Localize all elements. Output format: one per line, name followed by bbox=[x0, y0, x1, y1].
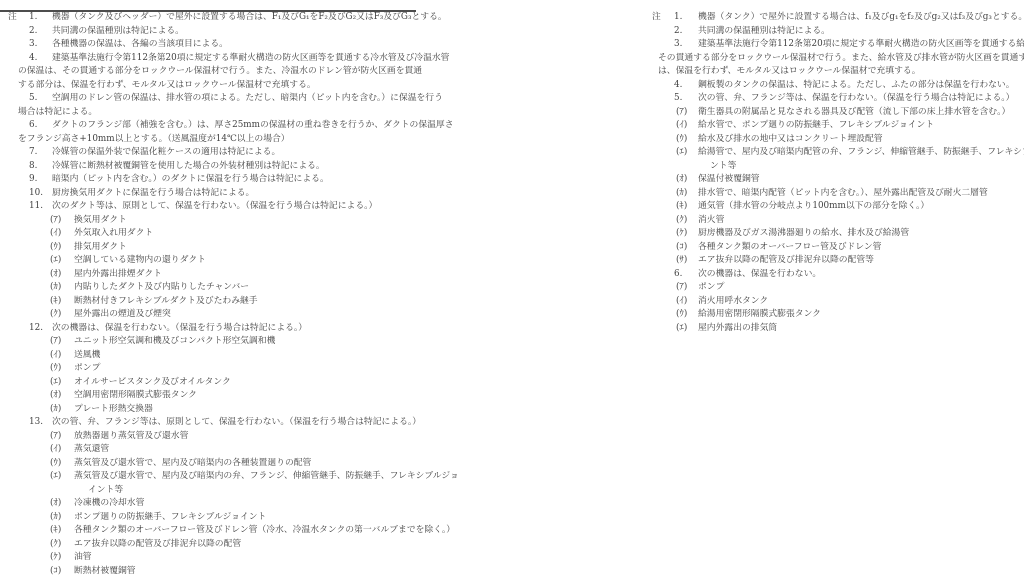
item-text: 断熱材付きフレキシブルダクト及びたわみ継手 bbox=[74, 295, 258, 309]
sub-item-line: (ｺ)各種タンク類のオーバーフロー管及びドレン管 bbox=[512, 241, 1024, 255]
item-text: をフランジ高さ+10mm以上とする。（送風温度が14℃以上の場合） bbox=[18, 133, 290, 147]
item-text: 空調している建物内の還りダクト bbox=[74, 254, 206, 268]
item-marker: (ｷ) bbox=[50, 295, 61, 309]
item-text: ユニット形空気調和機及びコンパクト形空気調和機 bbox=[74, 335, 275, 349]
item-marker: (ｳ) bbox=[50, 362, 61, 376]
item-marker: (ｷ) bbox=[50, 524, 61, 538]
item-text: エア抜弁以降の配管及び排泥弁以降の配管等 bbox=[698, 254, 874, 268]
sub-item-line: (ｲ)蒸気還管 bbox=[0, 443, 512, 457]
sub-item-line: (ｲ)送風機 bbox=[0, 349, 512, 363]
item-text: 冷媒管に断熱材被覆銅管を使用した場合の外装材種別は特記による。 bbox=[52, 160, 325, 174]
sub-item-line: (ｶ)ポンプ廻りの防振継手、フレキシブルジョイント bbox=[0, 511, 512, 525]
item-marker: (ｱ) bbox=[676, 281, 687, 295]
item-text: 建築基準法施行令第112条第20項に規定する準耐火構造の防火区画等を貫通する冷水… bbox=[52, 52, 449, 66]
item-marker: 9. bbox=[29, 173, 37, 187]
item-marker: (ｸ) bbox=[50, 308, 61, 322]
note-item-line: 2.共同溝の保温種別は特記による。 bbox=[512, 25, 1024, 39]
item-text: 次の管、弁、フランジ等は、保温を行わない。（保温を行う場合は特記による。） bbox=[698, 92, 1014, 106]
page-left: 注 1.機器（タンク及びヘッダー）で屋外に設置する場合は、F₁及びG₁をF₂及び… bbox=[0, 11, 512, 578]
item-text: ポンプ bbox=[74, 362, 100, 376]
sub-item-line: (ｴ)空調している建物内の還りダクト bbox=[0, 254, 512, 268]
item-text: 放熱器廻り蒸気管及び還水管 bbox=[74, 430, 188, 444]
item-marker: (ｶ) bbox=[676, 187, 687, 201]
item-marker: 3. bbox=[674, 38, 682, 52]
sub-item-line: (ｸ)消火管 bbox=[512, 214, 1024, 228]
item-text: 建築基準法施行令第112条第20項に規定する準耐火構造の防火区画等を貫通する給湯… bbox=[698, 38, 1024, 52]
note-item-line: 4.鋼板製のタンクの保温は、特記による。ただし、ふたの部分は保温を行わない。 bbox=[512, 79, 1024, 93]
sub-item-line: (ｲ)消火用呼水タンク bbox=[512, 295, 1024, 309]
item-marker: (ｵ) bbox=[50, 268, 61, 282]
item-text: ポンプ廻りの防振継手、フレキシブルジョイント bbox=[74, 511, 266, 525]
item-marker: (ｳ) bbox=[50, 457, 61, 471]
sub-item-line: (ｳ)給水及び排水の地中又はコンクリート埋設配管 bbox=[512, 133, 1024, 147]
item-marker: (ｵ) bbox=[50, 497, 61, 511]
item-marker: (ｹ) bbox=[676, 227, 687, 241]
item-text: 鋼板製のタンクの保温は、特記による。ただし、ふたの部分は保温を行わない。 bbox=[698, 79, 1015, 93]
item-text: 給水管で、ポンプ廻りの防振継手、フレキシブルジョイント bbox=[698, 119, 934, 133]
note-item-line: 6.次の機器は、保温を行わない。 bbox=[512, 268, 1024, 282]
item-text: イント等 bbox=[88, 484, 123, 498]
sub-item-line: (ｻ)エア抜弁以降の配管及び排泥弁以降の配管等 bbox=[512, 254, 1024, 268]
note-item-line: 1.機器（タンク）で屋外に設置する場合は、f₁及びg₁をf₂及びg₂又はf₃及び… bbox=[512, 11, 1024, 25]
sub-item-line: (ｴ)蒸気管及び還水管で、屋内及び暗渠内の弁、フランジ、伸縮管継手、防振継手、フ… bbox=[0, 470, 512, 484]
sub-item-line: (ｴ)オイルサービスタンク及びオイルタンク bbox=[0, 376, 512, 390]
item-text: 排気用ダクト bbox=[74, 241, 127, 255]
item-marker: (ｲ) bbox=[50, 349, 61, 363]
continuation-line: ント等 bbox=[512, 160, 1024, 174]
continuation-line: の保温は、その貫通する部分をロックウール保温材で行う。また、冷温水のドレン管が防… bbox=[0, 65, 512, 79]
item-text: 屋内外露出の排気筒 bbox=[698, 322, 777, 336]
sub-item-line: (ｵ)屋内外露出排煙ダクト bbox=[0, 268, 512, 282]
item-text: 油管 bbox=[74, 551, 92, 565]
note-item-line: 3.各種機器の保温は、各編の当該項目による。 bbox=[0, 38, 512, 52]
item-text: 次の機器は、保温を行わない。 bbox=[698, 268, 821, 282]
item-text: 消火管 bbox=[698, 214, 724, 228]
item-marker: 12. bbox=[29, 322, 43, 336]
item-text: 蒸気管及び還水管で、屋内及び暗渠内の各種装置廻りの配管 bbox=[74, 457, 311, 471]
item-text: ント等 bbox=[710, 160, 736, 174]
item-marker: 11. bbox=[29, 200, 43, 214]
item-marker: (ｳ) bbox=[676, 133, 687, 147]
note-item-line: 1.機器（タンク及びヘッダー）で屋外に設置する場合は、F₁及びG₁をF₂及びG₂… bbox=[0, 11, 512, 25]
item-text: 通気管（排水管の分岐点より100mm以下の部分を除く。） bbox=[698, 200, 929, 214]
item-text: 屋外露出の煙道及び煙突 bbox=[74, 308, 171, 322]
item-text: ダクトのフランジ部（補強を含む。）は、厚さ25mmの保温材の重ね巻きを行うか、ダ… bbox=[52, 119, 454, 133]
note-item-line: 3.建築基準法施行令第112条第20項に規定する準耐火構造の防火区画等を貫通する… bbox=[512, 38, 1024, 52]
item-marker: 4. bbox=[29, 52, 37, 66]
item-marker: (ｸ) bbox=[676, 214, 687, 228]
item-text: する部分は、保温を行わず、モルタル又はロックウール保温材で充填する。 bbox=[18, 79, 316, 93]
sub-item-line: (ｳ)給湯用密閉形隔膜式膨張タンク bbox=[512, 308, 1024, 322]
item-marker: (ｺ) bbox=[676, 241, 687, 255]
item-text: 厨房換気用ダクトに保温を行う場合は特記による。 bbox=[52, 187, 254, 201]
note-item-line: 12.次の機器は、保温を行わない。（保温を行う場合は特記による。） bbox=[0, 322, 512, 336]
item-text: 断熱材被覆銅管 bbox=[74, 565, 136, 579]
page-right-rows: 1.機器（タンク）で屋外に設置する場合は、f₁及びg₁をf₂及びg₂又はf₃及び… bbox=[512, 11, 1024, 335]
item-text: の保温は、その貫通する部分をロックウール保温材で行う。また、冷温水のドレン管が防… bbox=[18, 65, 422, 79]
item-marker: (ｱ) bbox=[50, 430, 61, 444]
item-text: 空調用密閉形隔膜式膨張タンク bbox=[74, 389, 197, 403]
item-text: 送風機 bbox=[74, 349, 100, 363]
note-item-line: 11.次のダクト等は、原則として、保温を行わない。（保温を行う場合は特記による。… bbox=[0, 200, 512, 214]
item-marker: (ｵ) bbox=[676, 173, 687, 187]
page-left-rows: 1.機器（タンク及びヘッダー）で屋外に設置する場合は、F₁及びG₁をF₂及びG₂… bbox=[0, 11, 512, 578]
item-text: 共同溝の保温種別は特記による。 bbox=[52, 25, 184, 39]
item-text: 給湯管で、屋内及び暗渠内配管の弁、フランジ、伸縮管継手、防振継手、フレキシブルジ… bbox=[698, 146, 1024, 160]
item-marker: (ｹ) bbox=[50, 551, 61, 565]
item-marker: (ｱ) bbox=[676, 106, 687, 120]
item-marker: (ｲ) bbox=[50, 443, 61, 457]
item-marker: 1. bbox=[29, 11, 37, 25]
item-text: 次の機器は、保温を行わない。（保温を行う場合は特記による。） bbox=[52, 322, 307, 336]
sub-item-line: (ｹ)油管 bbox=[0, 551, 512, 565]
item-text: プレート形熱交換器 bbox=[74, 403, 153, 417]
sub-item-line: (ｱ)放熱器廻り蒸気管及び還水管 bbox=[0, 430, 512, 444]
item-text: 次の管、弁、フランジ等は、原則として、保温を行わない。（保温を行う場合は特記によ… bbox=[52, 416, 421, 430]
item-text: 屋内外露出排煙ダクト bbox=[74, 268, 162, 282]
item-marker: (ｶ) bbox=[50, 511, 61, 525]
item-marker: (ｶ) bbox=[50, 281, 61, 295]
sub-item-line: (ｺ)断熱材被覆銅管 bbox=[0, 565, 512, 579]
note-item-line: 6.ダクトのフランジ部（補強を含む。）は、厚さ25mmの保温材の重ね巻きを行うか… bbox=[0, 119, 512, 133]
item-marker: (ｵ) bbox=[50, 389, 61, 403]
sub-item-line: (ｳ)ポンプ bbox=[0, 362, 512, 376]
item-text: 保温付被覆銅管 bbox=[698, 173, 760, 187]
item-text: 冷凍機の冷却水管 bbox=[74, 497, 144, 511]
item-marker: 8. bbox=[29, 160, 37, 174]
sub-item-line: (ｹ)厨房機器及びガス湯沸器廻りの給水、排水及び給湯管 bbox=[512, 227, 1024, 241]
note-item-line: 13.次の管、弁、フランジ等は、原則として、保温を行わない。（保温を行う場合は特… bbox=[0, 416, 512, 430]
sub-item-line: (ｳ)排気用ダクト bbox=[0, 241, 512, 255]
item-text: 各種タンク類のオーバーフロー管及びドレン管（冷水、冷温水タンクの第一バルブまでを… bbox=[74, 524, 455, 538]
item-text: 消火用呼水タンク bbox=[698, 295, 768, 309]
item-marker: 4. bbox=[674, 79, 682, 93]
note-item-line: 2.共同溝の保温種別は特記による。 bbox=[0, 25, 512, 39]
sub-item-line: (ｸ)屋外露出の煙道及び煙突 bbox=[0, 308, 512, 322]
item-marker: (ｱ) bbox=[50, 214, 61, 228]
item-text: 各種タンク類のオーバーフロー管及びドレン管 bbox=[698, 241, 881, 255]
item-marker: (ｲ) bbox=[676, 295, 687, 309]
note-item-line: 7.冷媒管の保温外装で保温化粧ケースの適用は特記による。 bbox=[0, 146, 512, 160]
sub-item-line: (ｷ)各種タンク類のオーバーフロー管及びドレン管（冷水、冷温水タンクの第一バルブ… bbox=[0, 524, 512, 538]
item-marker: 2. bbox=[674, 25, 682, 39]
item-marker: 1. bbox=[674, 11, 682, 25]
item-text: その貫通する部分をロックウール保温材で行う。また、給水管及び排水管が防火区画を貫… bbox=[658, 52, 1024, 66]
item-text: 外気取入れ用ダクト bbox=[74, 227, 153, 241]
sub-item-line: (ｶ)内貼りしたダクト及び内貼りしたチャンバー bbox=[0, 281, 512, 295]
item-marker: (ｳ) bbox=[676, 308, 687, 322]
sub-item-line: (ｲ)給水管で、ポンプ廻りの防振継手、フレキシブルジョイント bbox=[512, 119, 1024, 133]
note-item-line: 10.厨房換気用ダクトに保温を行う場合は特記による。 bbox=[0, 187, 512, 201]
item-text: 給湯用密閉形隔膜式膨張タンク bbox=[698, 308, 821, 322]
item-text: 空調用のドレン管の保温は、排水管の項による。ただし、暗渠内（ピット内を含む。）に… bbox=[52, 92, 443, 106]
item-text: 機器（タンク及びヘッダー）で屋外に設置する場合は、F₁及びG₁をF₂及びG₂又は… bbox=[52, 11, 447, 25]
sub-item-line: (ｵ)空調用密閉形隔膜式膨張タンク bbox=[0, 389, 512, 403]
item-marker: (ｴ) bbox=[676, 146, 687, 160]
item-marker: (ｸ) bbox=[50, 538, 61, 552]
item-text: 各種機器の保温は、各編の当該項目による。 bbox=[52, 38, 228, 52]
sub-item-line: (ｲ)外気取入れ用ダクト bbox=[0, 227, 512, 241]
item-marker: (ｴ) bbox=[50, 376, 61, 390]
sub-item-line: (ｷ)断熱材付きフレキシブルダクト及びたわみ継手 bbox=[0, 295, 512, 309]
continuation-line: をフランジ高さ+10mm以上とする。（送風温度が14℃以上の場合） bbox=[0, 133, 512, 147]
item-marker: 6. bbox=[674, 268, 682, 282]
item-text: 給水及び排水の地中又はコンクリート埋設配管 bbox=[698, 133, 883, 147]
item-marker: 5. bbox=[674, 92, 682, 106]
note-item-line: 5.空調用のドレン管の保温は、排水管の項による。ただし、暗渠内（ピット内を含む。… bbox=[0, 92, 512, 106]
item-marker: (ｲ) bbox=[50, 227, 61, 241]
item-marker: (ｴ) bbox=[50, 254, 61, 268]
item-text: 蒸気還管 bbox=[74, 443, 109, 457]
sub-item-line: (ｴ)給湯管で、屋内及び暗渠内配管の弁、フランジ、伸縮管継手、防振継手、フレキシ… bbox=[512, 146, 1024, 160]
item-text: エア抜弁以降の配管及び排泥弁以降の配管 bbox=[74, 538, 241, 552]
sub-item-line: (ｶ)プレート形熱交換器 bbox=[0, 403, 512, 417]
item-marker: 7. bbox=[29, 146, 37, 160]
sub-item-line: (ｴ)屋内外露出の排気筒 bbox=[512, 322, 1024, 336]
item-text: 衛生器具の附属品と見なされる器具及び配管（流し下部の床上排水管を含む。） bbox=[698, 106, 1010, 120]
item-marker: 2. bbox=[29, 25, 37, 39]
sub-item-line: (ｱ)衛生器具の附属品と見なされる器具及び配管（流し下部の床上排水管を含む。） bbox=[512, 106, 1024, 120]
item-marker: (ｺ) bbox=[50, 565, 61, 579]
item-marker: (ｻ) bbox=[676, 254, 687, 268]
continuation-line: イント等 bbox=[0, 484, 512, 498]
item-text: 暗渠内（ピット内を含む。）のダクトに保温を行う場合は特記による。 bbox=[52, 173, 329, 187]
sub-item-line: (ｳ)蒸気管及び還水管で、屋内及び暗渠内の各種装置廻りの配管 bbox=[0, 457, 512, 471]
item-marker: 3. bbox=[29, 38, 37, 52]
item-marker: 13. bbox=[29, 416, 43, 430]
sub-item-line: (ｱ)換気用ダクト bbox=[0, 214, 512, 228]
page-right: 注 1.機器（タンク）で屋外に設置する場合は、f₁及びg₁をf₂及びg₂又はf₃… bbox=[512, 11, 1024, 335]
item-text: 冷媒管の保温外装で保温化粧ケースの適用は特記による。 bbox=[52, 146, 280, 160]
item-marker: (ｶ) bbox=[50, 403, 61, 417]
item-text: は、保温を行わず、モルタル又はロックウール保温材で充填する。 bbox=[658, 65, 921, 79]
item-text: 換気用ダクト bbox=[74, 214, 127, 228]
document-canvas: 注 1.機器（タンク及びヘッダー）で屋外に設置する場合は、F₁及びG₁をF₂及び… bbox=[0, 0, 1024, 586]
item-text: ポンプ bbox=[698, 281, 724, 295]
item-marker: 5. bbox=[29, 92, 37, 106]
sub-item-line: (ｸ)エア抜弁以降の配管及び排泥弁以降の配管 bbox=[0, 538, 512, 552]
continuation-line: は、保温を行わず、モルタル又はロックウール保温材で充填する。 bbox=[512, 65, 1024, 79]
item-text: 場合は特記による。 bbox=[18, 106, 97, 120]
note-item-line: 4.建築基準法施行令第112条第20項に規定する準耐火構造の防火区画等を貫通する… bbox=[0, 52, 512, 66]
item-marker: (ｴ) bbox=[50, 470, 61, 484]
item-marker: 6. bbox=[29, 119, 37, 133]
sub-item-line: (ｵ)保温付被覆銅管 bbox=[512, 173, 1024, 187]
continuation-line: する部分は、保温を行わず、モルタル又はロックウール保温材で充填する。 bbox=[0, 79, 512, 93]
note-item-line: 5.次の管、弁、フランジ等は、保温を行わない。（保温を行う場合は特記による。） bbox=[512, 92, 1024, 106]
item-marker: (ｲ) bbox=[676, 119, 687, 133]
sub-item-line: (ｶ)排水管で、暗渠内配管（ピット内を含む。）、屋外露出配管及び耐火二層管 bbox=[512, 187, 1024, 201]
continuation-line: 場合は特記による。 bbox=[0, 106, 512, 120]
sub-item-line: (ｱ)ポンプ bbox=[512, 281, 1024, 295]
item-text: 共同溝の保温種別は特記による。 bbox=[698, 25, 830, 39]
item-marker: (ｷ) bbox=[676, 200, 687, 214]
note-item-line: 8.冷媒管に断熱材被覆銅管を使用した場合の外装材種別は特記による。 bbox=[0, 160, 512, 174]
item-marker: (ｱ) bbox=[50, 335, 61, 349]
sub-item-line: (ｱ)ユニット形空気調和機及びコンパクト形空気調和機 bbox=[0, 335, 512, 349]
note-item-line: 9.暗渠内（ピット内を含む。）のダクトに保温を行う場合は特記による。 bbox=[0, 173, 512, 187]
item-text: 次のダクト等は、原則として、保温を行わない。（保温を行う場合は特記による。） bbox=[52, 200, 377, 214]
item-text: オイルサービスタンク及びオイルタンク bbox=[74, 376, 231, 390]
sub-item-line: (ｵ)冷凍機の冷却水管 bbox=[0, 497, 512, 511]
continuation-line: その貫通する部分をロックウール保温材で行う。また、給水管及び排水管が防火区画を貫… bbox=[512, 52, 1024, 66]
item-text: 排水管で、暗渠内配管（ピット内を含む。）、屋外露出配管及び耐火二層管 bbox=[698, 187, 988, 201]
item-marker: 10. bbox=[29, 187, 43, 201]
item-text: 機器（タンク）で屋外に設置する場合は、f₁及びg₁をf₂及びg₂又はf₃及びg₃… bbox=[698, 11, 1024, 25]
sub-item-line: (ｷ)通気管（排水管の分岐点より100mm以下の部分を除く。） bbox=[512, 200, 1024, 214]
item-text: 厨房機器及びガス湯沸器廻りの給水、排水及び給湯管 bbox=[698, 227, 909, 241]
item-text: 蒸気管及び還水管で、屋内及び暗渠内の弁、フランジ、伸縮管継手、防振継手、フレキシ… bbox=[74, 470, 459, 484]
item-text: 内貼りしたダクト及び内貼りしたチャンバー bbox=[74, 281, 249, 295]
item-marker: (ｴ) bbox=[676, 322, 687, 336]
item-marker: (ｳ) bbox=[50, 241, 61, 255]
